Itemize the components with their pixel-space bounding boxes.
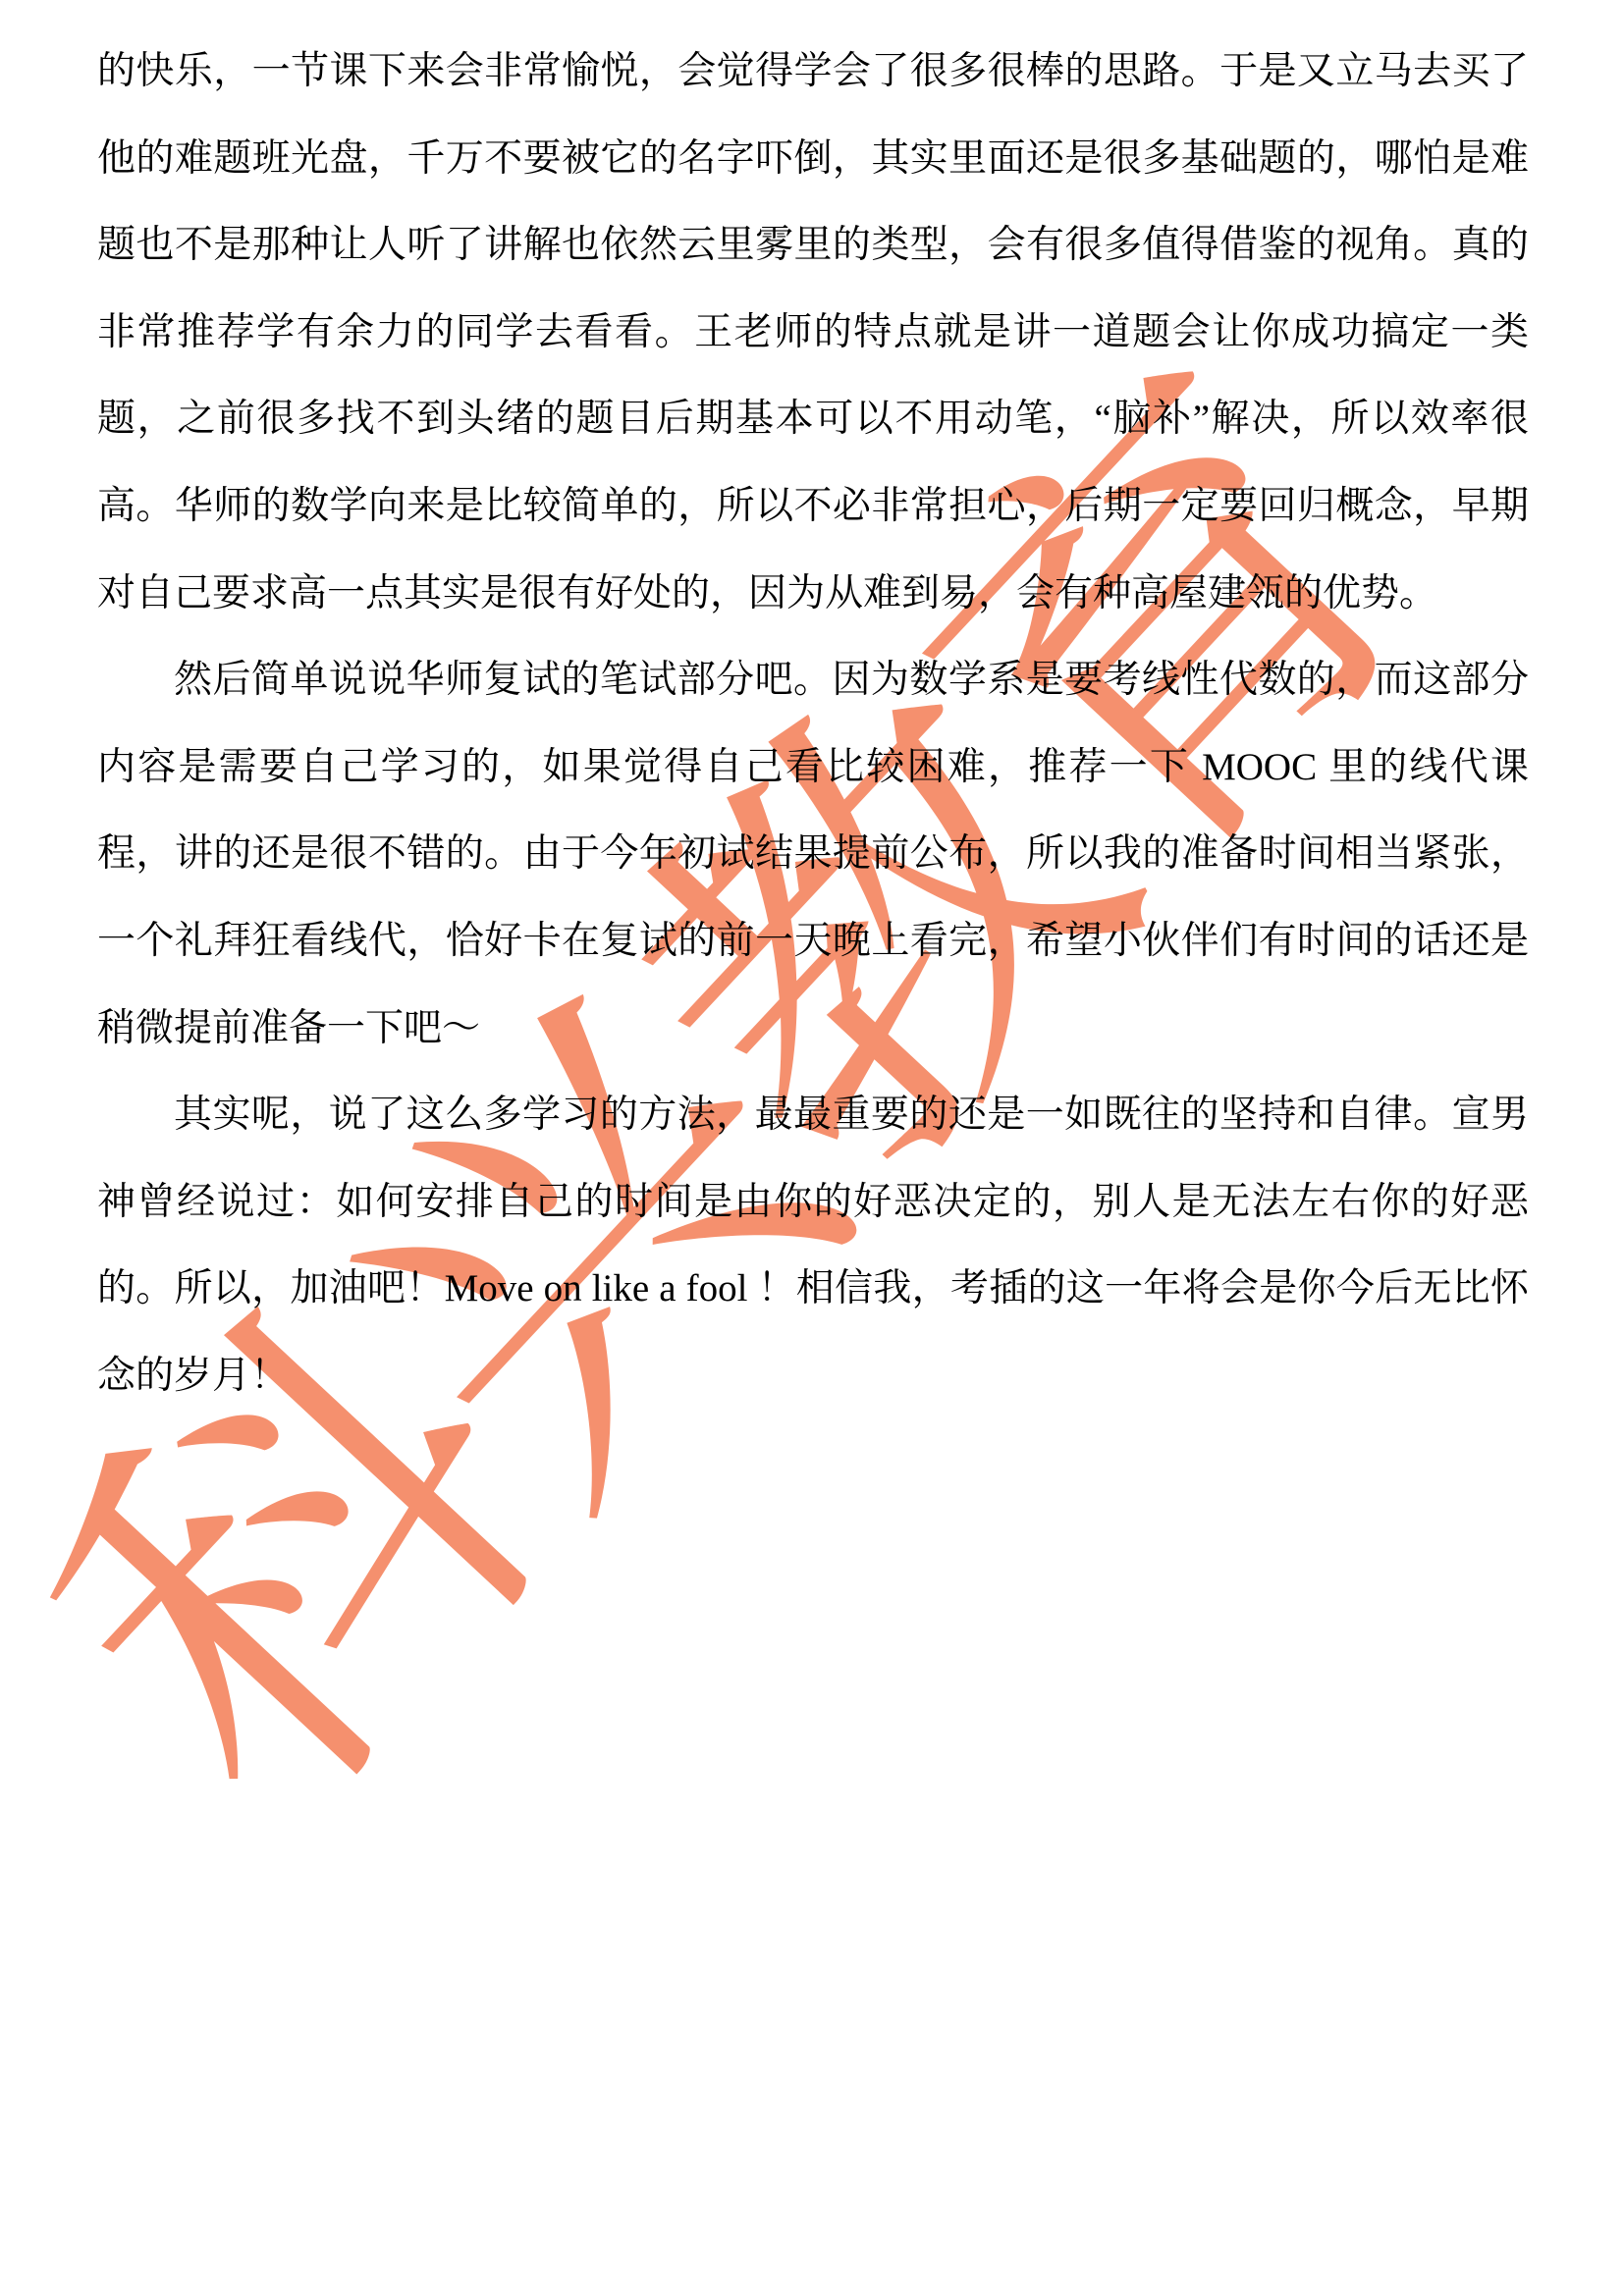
paragraph-retest-written-exam: 然后简单说说华师复试的笔试部分吧。因为数学系是要考线性代数的，而这部分内容是需要…: [97, 637, 1529, 1072]
paragraph-closing-encouragement: 其实呢，说了这么多学习的方法，最最重要的还是一如既往的坚持和自律。宣男神曾经说过…: [97, 1072, 1529, 1419]
document-page: 科兴教育 的快乐，一节课下来会非常愉悦，会觉得学会了很多很棒的思路。于是又立马去…: [0, 0, 1624, 2296]
document-body: 的快乐，一节课下来会非常愉悦，会觉得学会了很多很棒的思路。于是又立马去买了他的难…: [97, 28, 1529, 1420]
paragraph-continuation: 的快乐，一节课下来会非常愉悦，会觉得学会了很多很棒的思路。于是又立马去买了他的难…: [97, 28, 1529, 637]
